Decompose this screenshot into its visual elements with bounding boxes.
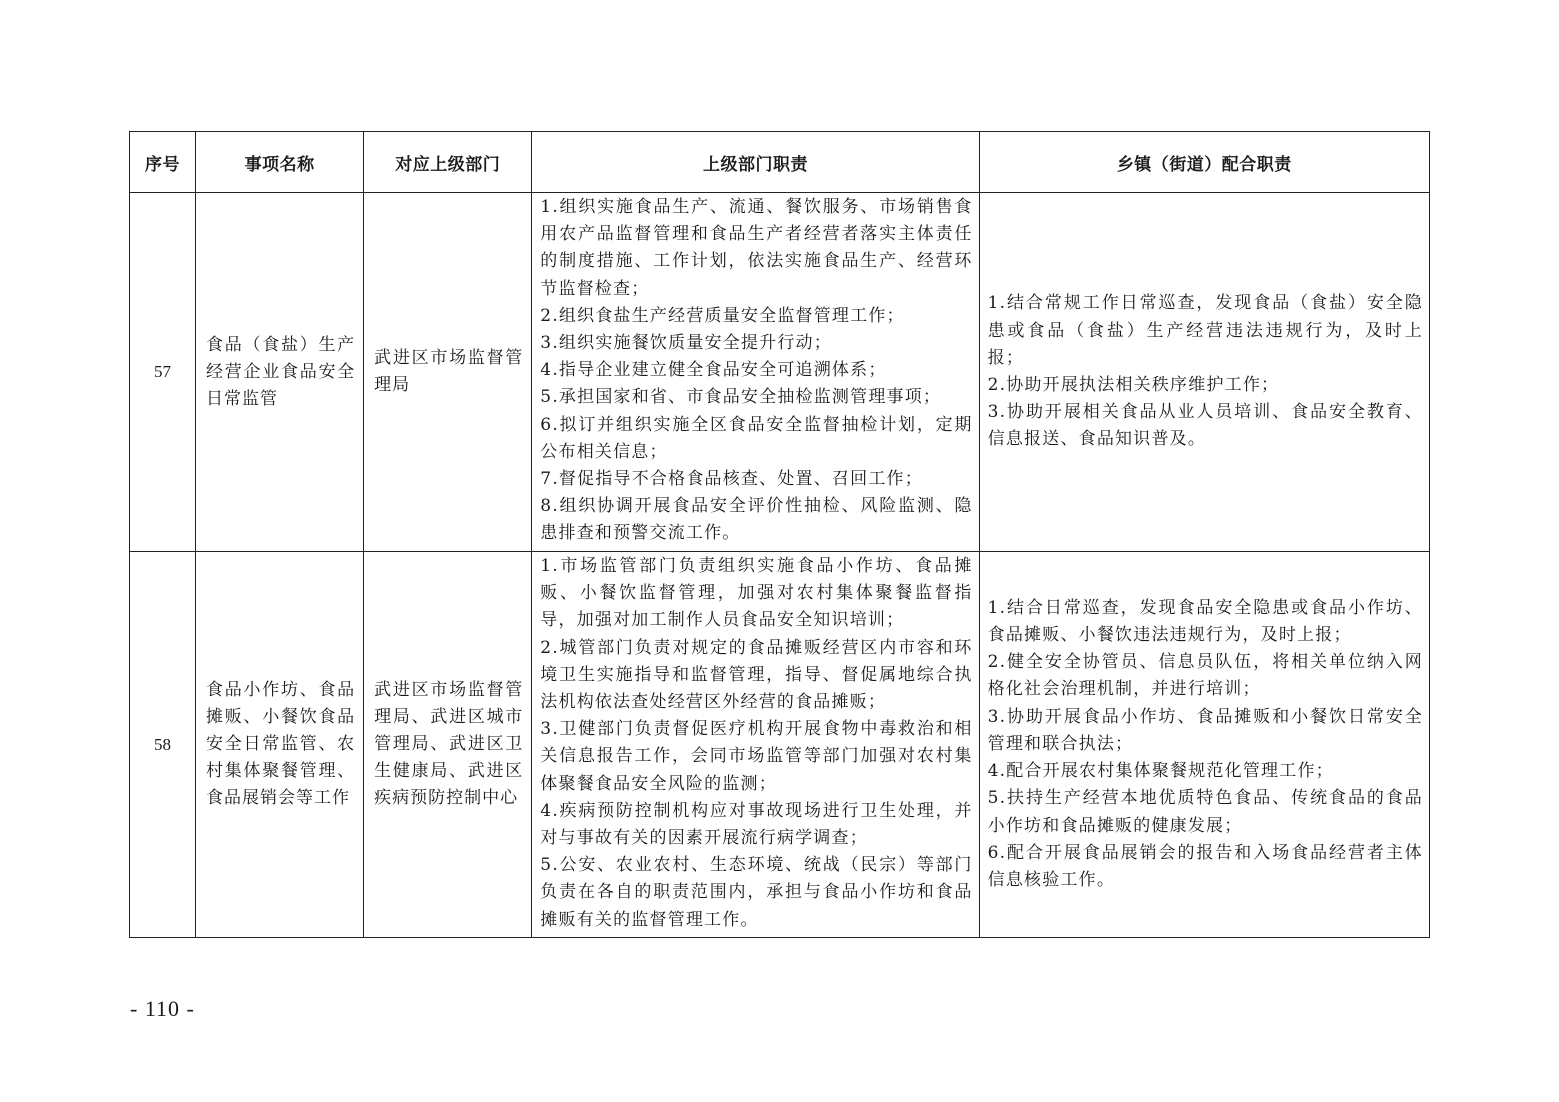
table-header-row: 序号 事项名称 对应上级部门 上级部门职责 乡镇（街道）配合职责 [130,132,1430,193]
town-duty-item: 6.配合开展食品展销会的报告和入场食品经营者主体信息核验工作。 [980,840,1429,894]
duty-item: 2.城管部门负责对规定的食品摊贩经营区内市容和环境卫生实施指导和监督管理，指导、… [532,635,978,717]
item-name: 食品（食盐）生产经营企业食品安全日常监管 [196,332,363,413]
town-duties-cell: 1.结合日常巡查，发现食品安全隐患或食品小作坊、食品摊贩、小餐饮违法违规行为，及… [979,552,1429,938]
page-number: - 110 - [130,996,195,1022]
duty-item: 8.组织协调开展食品安全评价性抽检、风险监测、隐患排查和预警交流工作。 [532,493,978,547]
table-row: 57 食品（食盐）生产经营企业食品安全日常监管 武进区市场监督管理局 1.组织实… [130,193,1430,552]
town-duty-item: 5.扶持生产经营本地优质特色食品、传统食品的食品小作坊和食品摊贩的健康发展； [980,785,1429,839]
header-town-duties: 乡镇（街道）配合职责 [979,132,1429,193]
town-duty-item: 4.配合开展农村集体聚餐规范化管理工作； [980,758,1429,785]
town-duty-item: 2.协助开展执法相关秩序维护工作； [980,372,1429,399]
superior-duties-cell: 1.市场监管部门负责组织实施食品小作坊、食品摊贩、小餐饮监督管理，加强对农村集体… [532,552,979,938]
town-duty-item: 1.结合日常巡查，发现食品安全隐患或食品小作坊、食品摊贩、小餐饮违法违规行为，及… [980,595,1429,649]
town-duty-item: 2.健全安全协管员、信息员队伍，将相关单位纳入网格化社会治理机制，并进行培训； [980,649,1429,703]
town-duty-item: 1.结合常规工作日常巡查，发现食品（食盐）安全隐患或食品（食盐）生产经营违法违规… [980,290,1429,372]
duty-item: 6.拟订并组织实施全区食品安全监督抽检计划，定期公布相关信息； [532,412,978,466]
header-serial-number: 序号 [130,132,196,193]
header-superior-department: 对应上级部门 [364,132,532,193]
duty-item: 5.公安、农业农村、生态环境、统战（民宗）等部门负责在各自的职责范围内，承担与食… [532,852,978,934]
department-name: 武进区市场监督管理局、武进区城市管理局、武进区卫生健康局、武进区疾病预防控制中心 [364,677,531,812]
item-name-cell: 食品（食盐）生产经营企业食品安全日常监管 [196,193,364,552]
duty-item: 4.指导企业建立健全食品安全可追溯体系； [532,357,978,384]
town-duty-item: 3.协助开展食品小作坊、食品摊贩和小餐饮日常安全管理和联合执法； [980,704,1429,758]
superior-duties-cell: 1.组织实施食品生产、流通、餐饮服务、市场销售食用农产品监督管理和食品生产者经营… [532,193,979,552]
duty-item: 4.疾病预防控制机构应对事故现场进行卫生处理，并对与事故有关的因素开展流行病学调… [532,798,978,852]
table-row: 58 食品小作坊、食品摊贩、小餐饮食品安全日常监管、农村集体聚餐管理、食品展销会… [130,552,1430,938]
duty-item: 2.组织食盐生产经营质量安全监督管理工作； [532,303,978,330]
duty-item: 1.组织实施食品生产、流通、餐饮服务、市场销售食用农产品监督管理和食品生产者经营… [532,194,978,303]
department-name: 武进区市场监督管理局 [364,345,531,399]
department-cell: 武进区市场监督管理局 [364,193,532,552]
duty-item: 1.市场监管部门负责组织实施食品小作坊、食品摊贩、小餐饮监督管理，加强对农村集体… [532,553,978,635]
duties-table: 序号 事项名称 对应上级部门 上级部门职责 乡镇（街道）配合职责 57 食品（食… [129,131,1430,938]
item-name: 食品小作坊、食品摊贩、小餐饮食品安全日常监管、农村集体聚餐管理、食品展销会等工作 [196,677,363,812]
serial-number: 57 [130,193,196,552]
item-name-cell: 食品小作坊、食品摊贩、小餐饮食品安全日常监管、农村集体聚餐管理、食品展销会等工作 [196,552,364,938]
department-cell: 武进区市场监督管理局、武进区城市管理局、武进区卫生健康局、武进区疾病预防控制中心 [364,552,532,938]
duty-item: 7.督促指导不合格食品核查、处置、召回工作； [532,466,978,493]
duty-item: 3.卫健部门负责督促医疗机构开展食物中毒救治和相关信息报告工作，会同市场监管等部… [532,716,978,798]
duty-item: 3.组织实施餐饮质量安全提升行动； [532,330,978,357]
header-superior-duties: 上级部门职责 [532,132,979,193]
duty-item: 5.承担国家和省、市食品安全抽检监测管理事项； [532,384,978,411]
serial-number: 58 [130,552,196,938]
header-item-name: 事项名称 [196,132,364,193]
town-duties-cell: 1.结合常规工作日常巡查，发现食品（食盐）安全隐患或食品（食盐）生产经营违法违规… [979,193,1429,552]
town-duty-item: 3.协助开展相关食品从业人员培训、食品安全教育、信息报送、食品知识普及。 [980,399,1429,453]
